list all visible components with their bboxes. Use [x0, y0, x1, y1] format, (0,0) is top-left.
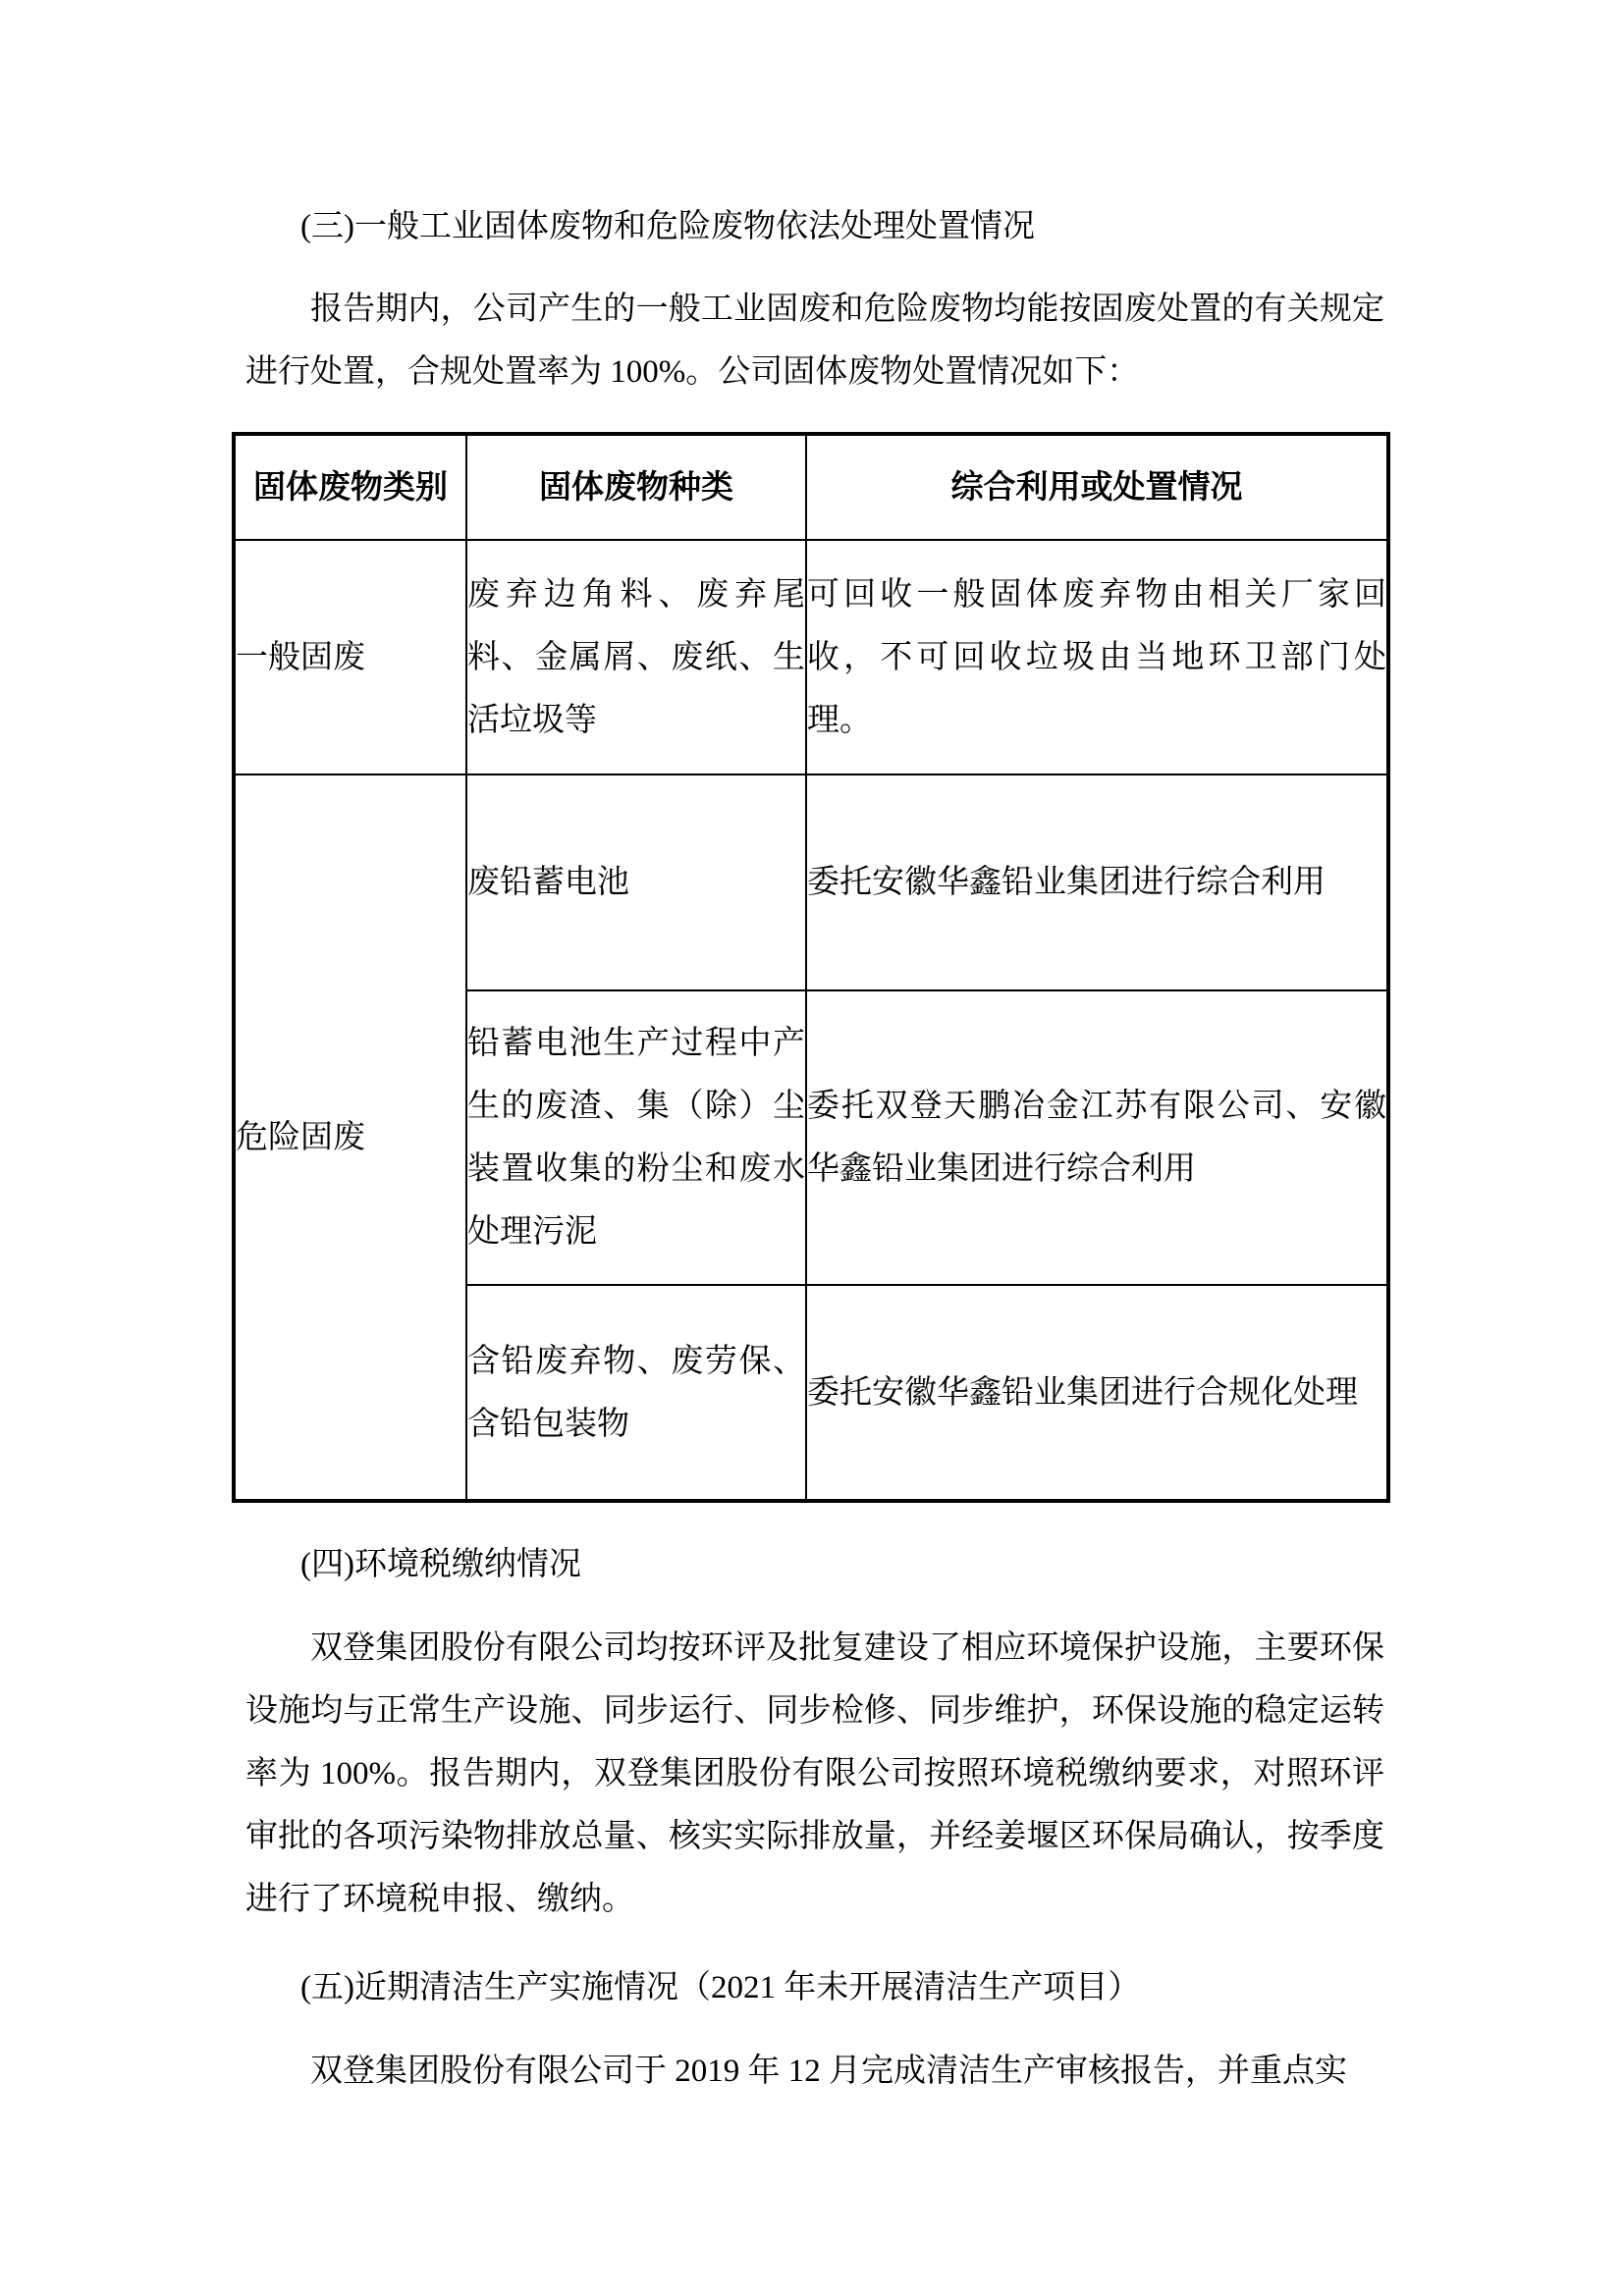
column-header-waste-type: 固体废物种类: [466, 434, 806, 540]
section-3-heading: (三)一般工业固体废物和危险废物依法处理处置情况: [245, 195, 1384, 258]
cell-category-general: 一般固废: [234, 540, 466, 774]
solid-waste-disposal-table: 固体废物类别 固体废物种类 综合利用或处置情况 一般固废 废弃边角料、废弃尾料、…: [232, 432, 1390, 1503]
cell-type: 铅蓄电池生产过程中产生的废渣、集（除）尘装置收集的粉尘和废水处理污泥: [466, 990, 806, 1285]
document-page: (三)一般工业固体废物和危险废物依法处理处置情况 报告期内，公司产生的一般工业固…: [0, 0, 1624, 2296]
cell-disposal: 委托安徽华鑫铅业集团进行合规化处理: [806, 1285, 1388, 1501]
cell-disposal: 委托安徽华鑫铅业集团进行综合利用: [806, 774, 1388, 990]
section-5-heading: (五)近期清洁生产实施情况（2021 年未开展清洁生产项目）: [245, 1956, 1384, 2019]
column-header-disposal: 综合利用或处置情况: [806, 434, 1388, 540]
table-header-row: 固体废物类别 固体废物种类 综合利用或处置情况: [234, 434, 1388, 540]
cell-disposal: 可回收一般固体废弃物由相关厂家回收，不可回收垃圾由当地环卫部门处理。: [806, 540, 1388, 774]
page-content: (三)一般工业固体废物和危险废物依法处理处置情况 报告期内，公司产生的一般工业固…: [0, 0, 1624, 2103]
cell-type: 废弃边角料、废弃尾料、金属屑、废纸、生活垃圾等: [466, 540, 806, 774]
column-header-waste-category: 固体废物类别: [234, 434, 466, 540]
section-3-paragraph: 报告期内，公司产生的一般工业固废和危险废物均能按固废处置的有关规定进行处置，合规…: [245, 278, 1384, 403]
cell-category-hazardous: 危险固废: [234, 774, 466, 1501]
table-row: 一般固废 废弃边角料、废弃尾料、金属屑、废纸、生活垃圾等 可回收一般固体废弃物由…: [234, 540, 1388, 774]
cell-type: 含铅废弃物、废劳保、含铅包装物: [466, 1285, 806, 1501]
section-4-paragraph: 双登集团股份有限公司均按环评及批复建设了相应环境保护设施，主要环保设施均与正常生…: [245, 1617, 1384, 1931]
section-4-heading: (四)环境税缴纳情况: [245, 1533, 1384, 1596]
cell-type: 废铅蓄电池: [466, 774, 806, 990]
cell-disposal: 委托双登天鹏冶金江苏有限公司、安徽华鑫铅业集团进行综合利用: [806, 990, 1388, 1285]
section-5-paragraph: 双登集团股份有限公司于 2019 年 12 月完成清洁生产审核报告，并重点实: [245, 2040, 1384, 2103]
table-row: 危险固废 废铅蓄电池 委托安徽华鑫铅业集团进行综合利用: [234, 774, 1388, 990]
